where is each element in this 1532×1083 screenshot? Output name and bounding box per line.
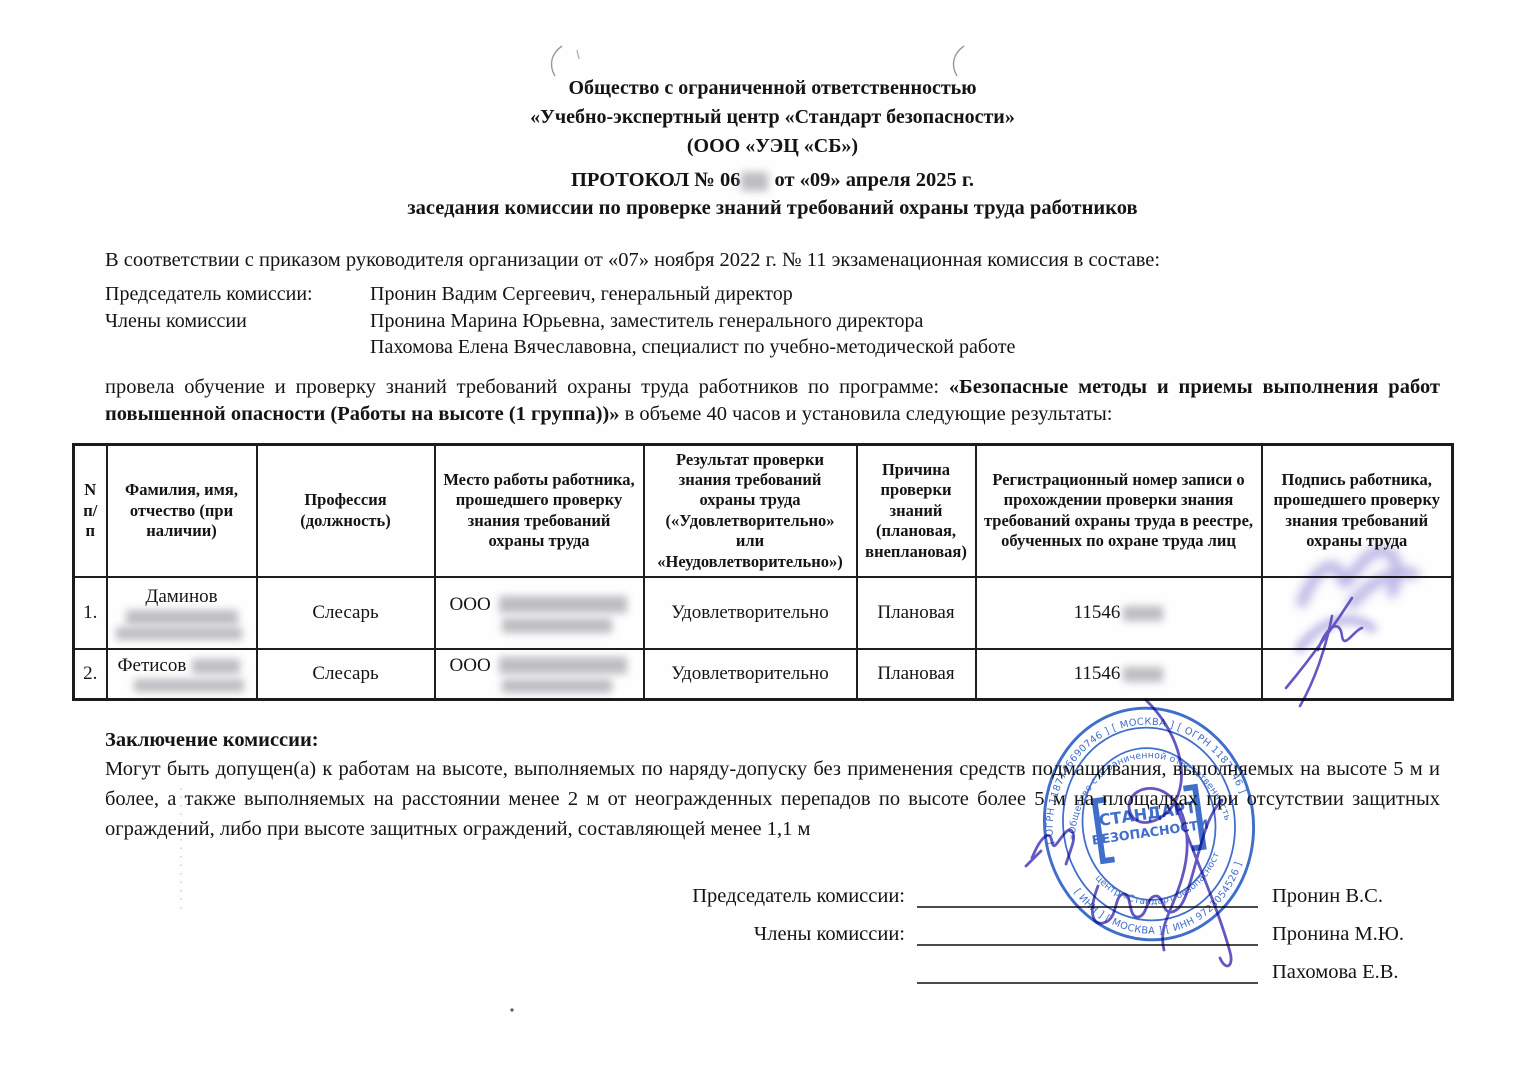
header-cell-result: Результат проверки знания требований охр… (644, 444, 857, 577)
protocol-number-line: ПРОТОКОЛ № 06от «09» апреля 2025 г. (105, 166, 1440, 194)
header-cell-name: Фамилия, имя, отчество (при наличии) (107, 444, 257, 577)
name-redaction (126, 610, 238, 625)
cell-result: Удовлетворительно (644, 577, 857, 649)
registry-redaction (1123, 606, 1163, 621)
sig-row-member2: Пахомова Е.В. (105, 946, 1440, 984)
protocol-number-prefix: ПРОТОКОЛ № 06 (571, 169, 741, 191)
program-paragraph: провела обучение и проверку знаний требо… (105, 374, 1440, 428)
sig-chair-label: Председатель комиссии: (105, 885, 917, 908)
commission-member2-row: Пахомова Елена Вячеславовна, специалист … (105, 334, 1440, 361)
table-header-row: N п/п Фамилия, имя, отчество (при наличи… (74, 444, 1453, 577)
member-name-2: Пахомова Елена Вячеславовна, специалист … (370, 334, 1440, 361)
protocol-number-redaction (741, 172, 768, 191)
program-text-pre: провела обучение и проверку знаний требо… (105, 376, 949, 398)
table-row: 2. Фетисов Слесарь ООО Удовлетворительно… (74, 649, 1453, 699)
scanned-protocol-document: Общество с ограниченной ответственностью… (0, 0, 1532, 1083)
cell-workplace: ООО (435, 577, 644, 649)
cell-result: Удовлетворительно (644, 649, 857, 699)
document-header: Общество с ограниченной ответственностью… (105, 74, 1440, 161)
workplace-prefix: ООО (450, 594, 491, 616)
name-redaction (134, 679, 244, 692)
commission-members-row: Члены комиссии Пронина Марина Юрьевна, з… (105, 308, 1440, 335)
cell-num: 2. (74, 649, 107, 699)
header-cell-signature: Подпись работника, прошедшего проверку з… (1262, 444, 1453, 577)
chair-name: Пронин Вадим Сергеевич, генеральный дире… (370, 281, 1440, 308)
conclusion-title: Заключение комиссии: (105, 729, 1440, 752)
workplace-prefix: ООО (450, 655, 491, 677)
header-cell-registry: Регистрационный номер записи о прохожден… (976, 444, 1262, 577)
workplace-redaction (502, 679, 612, 693)
header-cell-workplace: Место работы работника, прошедшего прове… (435, 444, 644, 577)
program-text-post: в объеме 40 часов и установила следующие… (619, 403, 1112, 425)
signature-line (917, 914, 1258, 946)
signature-line (917, 876, 1258, 908)
protocol-subtitle: заседания комиссии по проверке знаний тр… (105, 194, 1440, 222)
conclusion-text: Могут быть допущен(а) к работам на высот… (105, 754, 1440, 844)
scan-speck (510, 1008, 513, 1011)
members-label-spacer (105, 334, 370, 361)
chair-label: Председатель комиссии: (105, 281, 370, 308)
worker-surname: Даминов (145, 586, 217, 608)
signature-block: Председатель комиссии: Пронин В.С. Члены… (105, 870, 1440, 984)
table-row: 1. Даминов Слесарь ООО Удовлетворительно (74, 577, 1453, 649)
registry-prefix: 11546 (1074, 602, 1121, 623)
sig-name-pronina: Пронина М.Ю. (1258, 923, 1404, 946)
cell-name: Фетисов (107, 649, 257, 699)
commission-list: Председатель комиссии: Пронин Вадим Серг… (105, 281, 1440, 361)
workplace-redaction (502, 618, 612, 633)
name-redaction (116, 627, 242, 640)
member-name-1: Пронина Марина Юрьевна, заместитель гене… (370, 308, 1440, 335)
org-name-line2: «Учебно-экспертный центр «Стандарт безоп… (105, 103, 1440, 132)
cell-worker-signature (1262, 649, 1453, 699)
workplace-redaction (499, 657, 627, 674)
registry-redaction (1123, 667, 1163, 682)
header-cell-num: N п/п (74, 444, 107, 577)
worker-surname: Фетисов (118, 655, 187, 677)
cell-worker-signature (1262, 577, 1453, 649)
workplace-redaction (499, 596, 627, 613)
cell-registry: 11546 (976, 649, 1262, 699)
org-name-line1: Общество с ограниченной ответственностью (105, 74, 1440, 103)
intro-paragraph: В соответствии с приказом руководителя о… (105, 247, 1440, 274)
cell-profession: Слесарь (257, 649, 435, 699)
cell-num: 1. (74, 577, 107, 649)
sig-name-pakhomova: Пахомова Е.В. (1258, 961, 1399, 984)
cell-profession: Слесарь (257, 577, 435, 649)
commission-chair-row: Председатель комиссии: Пронин Вадим Серг… (105, 281, 1440, 308)
sig-name-pronin: Пронин В.С. (1258, 885, 1383, 908)
cell-reason: Плановая (857, 649, 976, 699)
org-name-line3: (ООО «УЭЦ «СБ») (105, 132, 1440, 161)
cell-registry: 11546 (976, 577, 1262, 649)
document-content: Общество с ограниченной ответственностью… (0, 0, 1532, 984)
cell-reason: Плановая (857, 577, 976, 649)
header-cell-profession: Профессия (должность) (257, 444, 435, 577)
cell-workplace: ООО (435, 649, 644, 699)
sig-members-label: Члены комиссии: (105, 923, 917, 946)
cell-name: Даминов (107, 577, 257, 649)
header-cell-reason: Причина проверки знаний (плановая, внепл… (857, 444, 976, 577)
protocol-date: от «09» апреля 2025 г. (774, 169, 974, 191)
protocol-title-block: ПРОТОКОЛ № 06от «09» апреля 2025 г. засе… (105, 166, 1440, 222)
results-table: N п/п Фамилия, имя, отчество (при наличи… (72, 443, 1454, 701)
members-label: Члены комиссии (105, 308, 370, 335)
name-redaction (192, 659, 240, 674)
sig-row-member1: Члены комиссии: Пронина М.Ю. (105, 908, 1440, 946)
registry-prefix: 11546 (1074, 663, 1121, 684)
sig-row-chair: Председатель комиссии: Пронин В.С. (105, 870, 1440, 908)
signature-line (917, 952, 1258, 984)
